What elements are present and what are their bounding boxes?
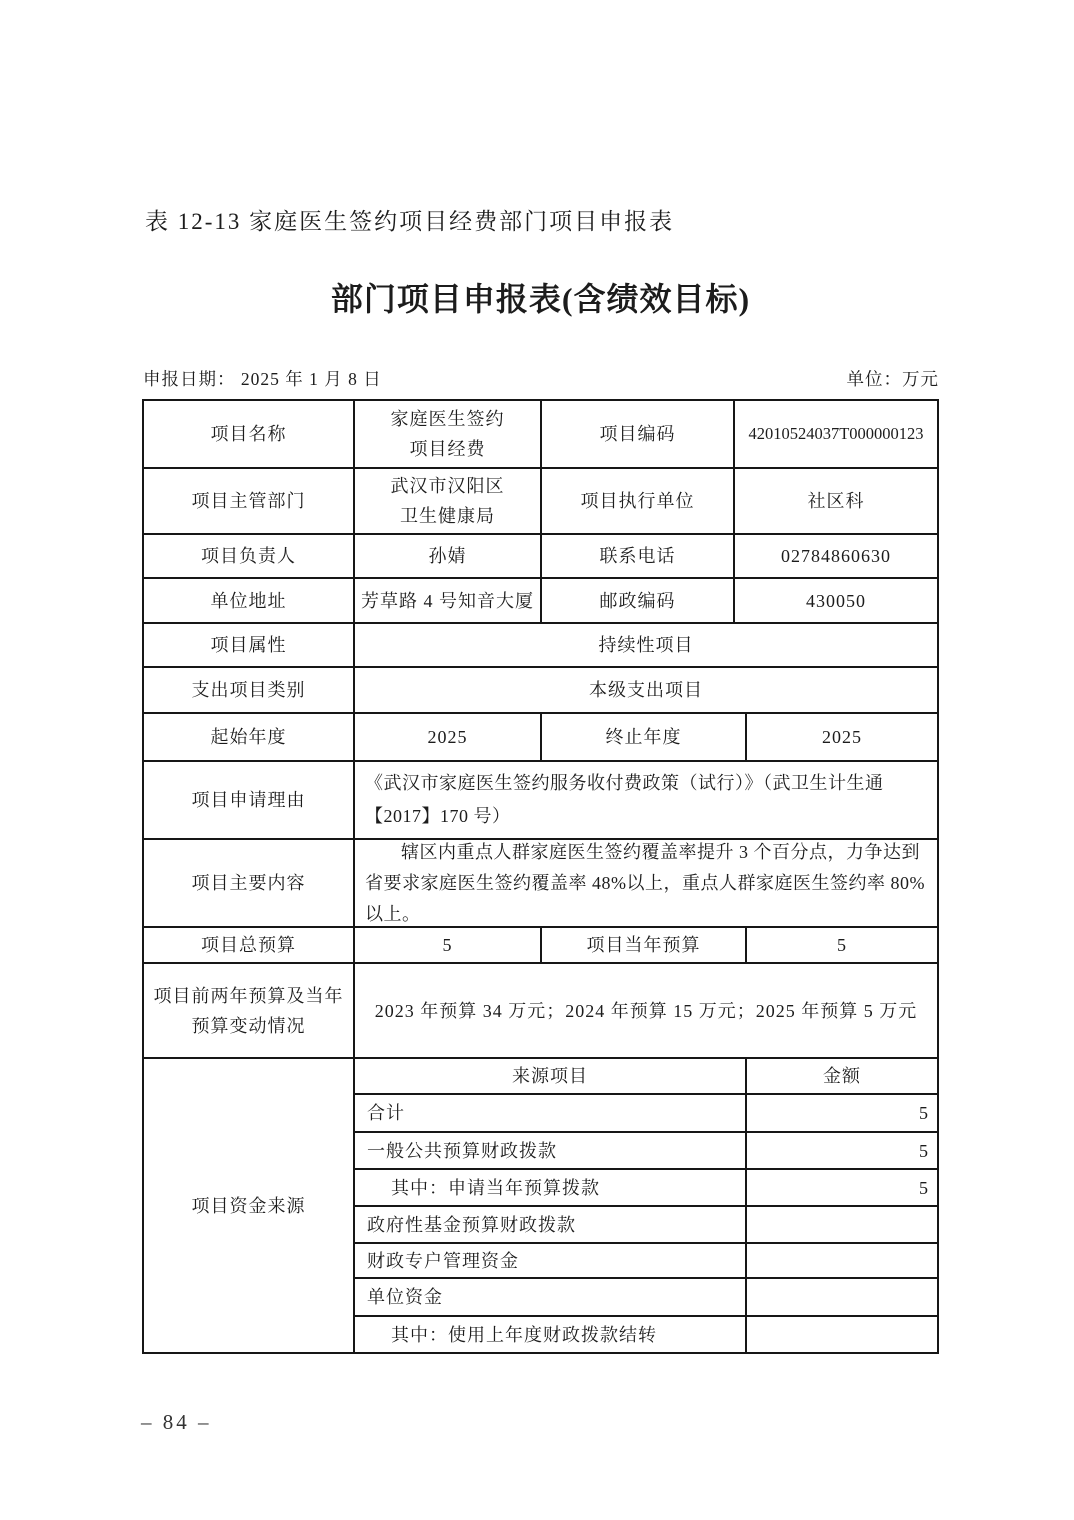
value-start-year: 2025 <box>355 714 542 762</box>
table-row-budget: 项目总预算 5 项目当年预算 5 <box>144 928 937 964</box>
label-leader: 项目负责人 <box>144 535 355 579</box>
value-department: 武汉市汉阳区 卫生健康局 <box>355 469 542 535</box>
funding-amount-carryover <box>747 1317 937 1352</box>
value-expense-type: 本级支出项目 <box>355 668 937 714</box>
value-phone: 02784860630 <box>735 535 937 579</box>
funding-row-government-fund: 政府性基金预算财政拨款 <box>355 1207 937 1244</box>
label-postcode: 邮政编码 <box>542 579 735 624</box>
label-project-name: 项目名称 <box>144 401 355 469</box>
main-content-text: 辖区内重点人群家庭医生签约覆盖率提升 3 个百分点，力争达到省要求家庭医生签约覆… <box>355 840 937 928</box>
funding-row-total: 合计 5 <box>355 1095 937 1133</box>
funding-amount-government-fund <box>747 1207 937 1244</box>
value-project-code: 42010524037T000000123 <box>735 401 937 469</box>
funding-source-current-year-appropriation: 其中：申请当年预算拨款 <box>355 1170 747 1207</box>
value-total-budget: 5 <box>355 928 542 964</box>
unit-label: 单位：万元 <box>847 366 940 391</box>
funding-source-government-fund: 政府性基金预算财政拨款 <box>355 1207 747 1244</box>
label-reason: 项目申请理由 <box>144 762 355 840</box>
funding-row-public-budget: 一般公共预算财政拨款 5 <box>355 1133 937 1170</box>
label-funding-source: 项目资金来源 <box>144 1059 355 1352</box>
funding-header-source: 来源项目 <box>355 1059 747 1095</box>
table-row-years: 起始年度 2025 终止年度 2025 <box>144 714 937 762</box>
funding-source-special-account: 财政专户管理资金 <box>355 1244 747 1279</box>
table-caption: 表 12-13 家庭医生签约项目经费部门项目申报表 <box>145 203 674 236</box>
value-executing-unit: 社区科 <box>735 469 937 535</box>
value-project-name: 家庭医生签约 项目经费 <box>355 401 542 469</box>
label-executing-unit: 项目执行单位 <box>542 469 735 535</box>
value-address: 芳草路 4 号知音大厦 <box>355 579 542 624</box>
table-row-budget-history: 项目前两年预算及当年 预算变动情况 2023 年预算 34 万元；2024 年预… <box>144 964 937 1059</box>
funding-source-total: 合计 <box>355 1095 747 1133</box>
funding-header-amount: 金额 <box>747 1059 937 1095</box>
funding-amount-unit-fund <box>747 1279 937 1317</box>
funding-amount-public-budget: 5 <box>747 1133 937 1170</box>
application-table: 项目名称 家庭医生签约 项目经费 项目编码 42010524037T000000… <box>142 399 939 1354</box>
funding-amount-total: 5 <box>747 1095 937 1133</box>
funding-row-special-account: 财政专户管理资金 <box>355 1244 937 1279</box>
value-attribute: 持续性项目 <box>355 624 937 668</box>
table-row-main-content: 项目主要内容 辖区内重点人群家庭医生签约覆盖率提升 3 个百分点，力争达到省要求… <box>144 840 937 928</box>
funding-amount-current-year-appropriation: 5 <box>747 1170 937 1207</box>
meta-row: 申报日期： 2025 年 1 月 8 日 单位：万元 <box>143 366 939 391</box>
reason-text: 《武汉市家庭医生签约服务收付费政策（试行）》（武卫生计生通【2017】170 号… <box>355 763 937 837</box>
table-row-expense-type: 支出项目类别 本级支出项目 <box>144 668 937 714</box>
funding-subtable: 来源项目 金额 合计 5 一般公共预算财政拨款 5 其中：申请当年预算拨款 5 … <box>355 1059 937 1352</box>
page-number: – 84 – <box>141 1410 212 1435</box>
label-phone: 联系电话 <box>542 535 735 579</box>
value-postcode: 430050 <box>735 579 937 624</box>
label-start-year: 起始年度 <box>144 714 355 762</box>
funding-source-carryover: 其中：使用上年度财政拨款结转 <box>355 1317 747 1352</box>
funding-section: 项目资金来源 来源项目 金额 合计 5 一般公共预算财政拨款 5 其中：申请当年… <box>144 1059 937 1352</box>
document-page: 表 12-13 家庭医生签约项目经费部门项目申报表 部门项目申报表(含绩效目标)… <box>0 0 1074 1520</box>
funding-source-unit-fund: 单位资金 <box>355 1279 747 1317</box>
value-leader: 孙婧 <box>355 535 542 579</box>
value-main-content: 辖区内重点人群家庭医生签约覆盖率提升 3 个百分点，力争达到省要求家庭医生签约覆… <box>355 840 937 928</box>
table-row-leader: 项目负责人 孙婧 联系电话 02784860630 <box>144 535 937 579</box>
label-department: 项目主管部门 <box>144 469 355 535</box>
funding-row-carryover: 其中：使用上年度财政拨款结转 <box>355 1317 937 1352</box>
funding-row-unit-fund: 单位资金 <box>355 1279 937 1317</box>
page-title: 部门项目申报表(含绩效目标) <box>142 274 939 320</box>
label-address: 单位地址 <box>144 579 355 624</box>
label-attribute: 项目属性 <box>144 624 355 668</box>
value-end-year: 2025 <box>747 714 937 762</box>
label-project-code: 项目编码 <box>542 401 735 469</box>
funding-header-row: 来源项目 金额 <box>355 1059 937 1095</box>
value-budget-history: 2023 年预算 34 万元；2024 年预算 15 万元；2025 年预算 5… <box>355 964 937 1059</box>
label-main-content: 项目主要内容 <box>144 840 355 928</box>
label-total-budget: 项目总预算 <box>144 928 355 964</box>
value-reason: 《武汉市家庭医生签约服务收付费政策（试行）》（武卫生计生通【2017】170 号… <box>355 762 937 840</box>
table-row-project-name: 项目名称 家庭医生签约 项目经费 项目编码 42010524037T000000… <box>144 401 937 469</box>
label-current-year-budget: 项目当年预算 <box>542 928 747 964</box>
apply-date: 申报日期： 2025 年 1 月 8 日 <box>143 366 382 391</box>
table-row-department: 项目主管部门 武汉市汉阳区 卫生健康局 项目执行单位 社区科 <box>144 469 937 535</box>
apply-date-label: 申报日期： <box>143 369 236 389</box>
table-row-attribute: 项目属性 持续性项目 <box>144 624 937 668</box>
funding-amount-special-account <box>747 1244 937 1279</box>
label-end-year: 终止年度 <box>542 714 747 762</box>
table-row-reason: 项目申请理由 《武汉市家庭医生签约服务收付费政策（试行）》（武卫生计生通【201… <box>144 762 937 840</box>
table-row-address: 单位地址 芳草路 4 号知音大厦 邮政编码 430050 <box>144 579 937 624</box>
funding-row-current-year-appropriation: 其中：申请当年预算拨款 5 <box>355 1170 937 1207</box>
apply-date-value: 2025 年 1 月 8 日 <box>241 369 382 389</box>
label-budget-history: 项目前两年预算及当年 预算变动情况 <box>144 964 355 1059</box>
value-current-year-budget: 5 <box>747 928 937 964</box>
funding-source-public-budget: 一般公共预算财政拨款 <box>355 1133 747 1170</box>
label-expense-type: 支出项目类别 <box>144 668 355 714</box>
